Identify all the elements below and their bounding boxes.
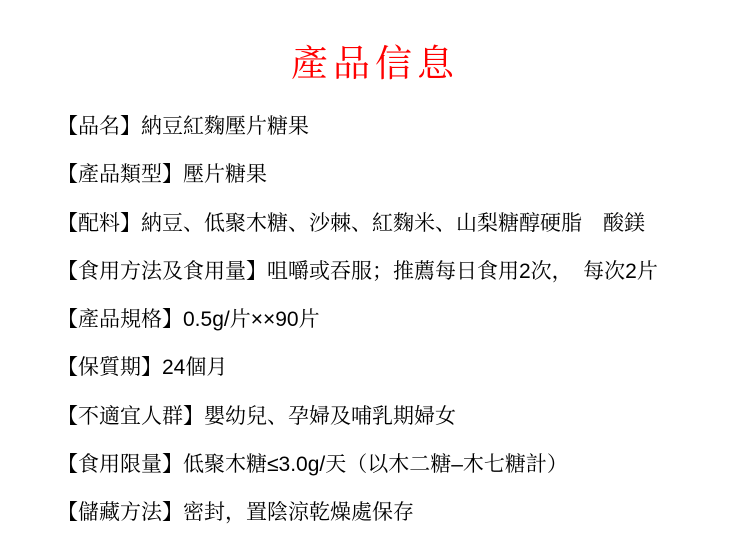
page-title: 產品信息 [0, 33, 750, 87]
product-field-list: 【品名】納豆紅麴壓片糖果 【產品類型】壓片糖果 【配料】納豆、低聚木糖、沙棘、紅… [57, 112, 720, 547]
field-row-ingredients: 【配料】納豆、低聚木糖、沙棘、紅麴米、山梨糖醇硬脂 酸鎂 [57, 209, 720, 257]
field-row-product-name: 【品名】納豆紅麴壓片糖果 [57, 112, 720, 160]
field-label: 【食用方法及食用量】 [57, 260, 267, 283]
field-label: 【保質期】 [57, 356, 162, 379]
field-value: 嬰幼兒、孕婦及哺乳期婦女 [204, 405, 456, 428]
field-value: 0.5g/片××90片 [183, 308, 320, 331]
field-label: 【配料】 [57, 212, 141, 235]
field-row-shelf-life: 【保質期】24個月 [57, 353, 720, 401]
field-row-unsuitable-groups: 【不適宜人群】嬰幼兒、孕婦及哺乳期婦女 [57, 402, 720, 450]
field-value: 納豆紅麴壓片糖果 [141, 115, 309, 138]
field-row-storage-method: 【儲藏方法】密封，置陰涼乾燥處保存 [57, 498, 720, 546]
field-value: 24個月 [162, 356, 227, 379]
field-value: 壓片糖果 [183, 163, 267, 186]
field-row-product-type: 【產品類型】壓片糖果 [57, 160, 720, 208]
field-label: 【產品類型】 [57, 163, 183, 186]
field-row-consumption-limit: 【食用限量】低聚木糖≤3.0g/天（以木二糖–木七糖計） [57, 450, 720, 498]
field-label: 【食用限量】 [57, 453, 183, 476]
field-row-specification: 【產品規格】0.5g/片××90片 [57, 305, 720, 353]
field-row-usage: 【食用方法及食用量】咀嚼或吞服；推薦每日食用2次， 每次2片 [57, 257, 720, 305]
field-value: 密封，置陰涼乾燥處保存 [183, 501, 414, 524]
field-label: 【不適宜人群】 [57, 405, 204, 428]
field-label: 【儲藏方法】 [57, 501, 183, 524]
field-value: 咀嚼或吞服；推薦每日食用2次， 每次2片 [267, 260, 658, 283]
field-label: 【品名】 [57, 115, 141, 138]
field-label: 【產品規格】 [57, 308, 183, 331]
field-value: 納豆、低聚木糖、沙棘、紅麴米、山梨糖醇硬脂 酸鎂 [141, 212, 645, 235]
field-value: 低聚木糖≤3.0g/天（以木二糖–木七糖計） [183, 453, 568, 476]
